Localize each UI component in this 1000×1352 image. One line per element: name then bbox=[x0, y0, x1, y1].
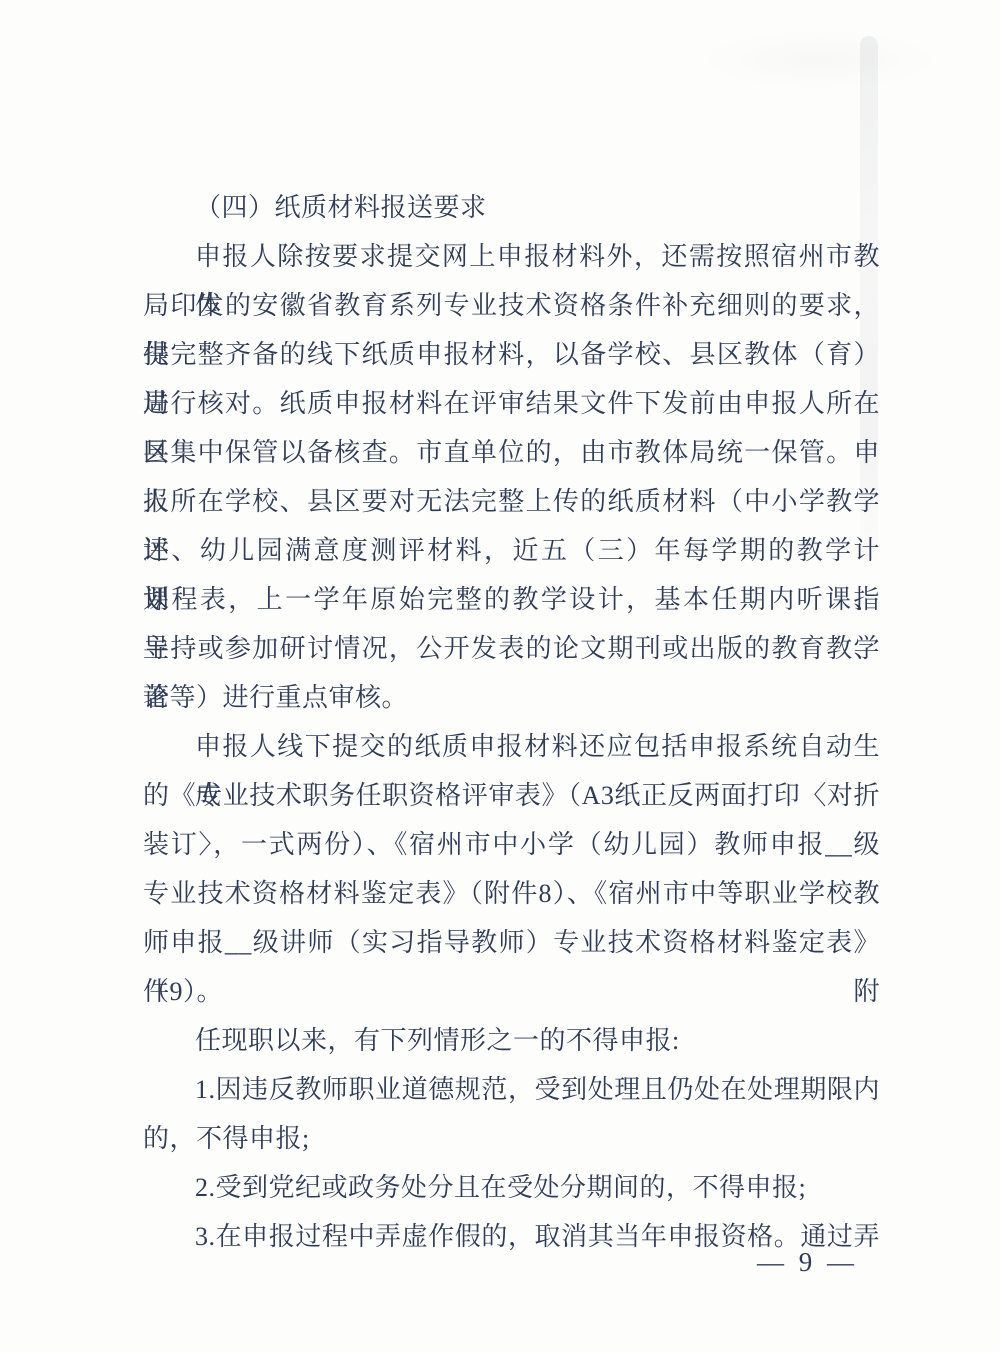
text-line: 的《专业技术职务任职资格评审表》（A3纸正反两面打印〈对折 bbox=[143, 771, 880, 820]
list-item-line: 2.受到党纪或政务处分且在受处分期间的，不得申报; bbox=[143, 1163, 880, 1212]
document-body: （四）纸质材料报送要求 申报人除按要求提交网上申报材料外，还需按照宿州市教体 局… bbox=[143, 183, 880, 1261]
text-line: 局印发的安徽省教育系列专业技术资格条件补充细则的要求，提 bbox=[143, 281, 880, 330]
text-line: 进行核对。纸质申报材料在评审结果文件下发前由申报人所在县 bbox=[143, 379, 880, 428]
text-line: 申报人线下提交的纸质申报材料还应包括申报系统自动生成 bbox=[143, 722, 880, 771]
text-line: 著等）进行重点审核。 bbox=[143, 673, 880, 722]
section-heading: （四）纸质材料报送要求 bbox=[143, 183, 880, 232]
text-line: 任现职以来，有下列情形之一的不得申报: bbox=[143, 1016, 880, 1065]
text-line: 供完整齐备的线下纸质申报材料，以备学校、县区教体（育）局 bbox=[143, 330, 880, 379]
document-page: （四）纸质材料报送要求 申报人除按要求提交网上申报材料外，还需按照宿州市教体 局… bbox=[0, 0, 1000, 1352]
text-line: 师申报__级讲师（实习指导教师）专业技术资格材料鉴定表》（附 bbox=[143, 918, 880, 967]
text-line: 主持或参加研讨情况，公开发表的论文期刊或出版的教育教学论 bbox=[143, 624, 880, 673]
list-item-line: 的，不得申报; bbox=[143, 1114, 880, 1163]
text-line: 装订〉，一式两份）、《宿州市中小学（幼儿园）教师申报__级 bbox=[143, 820, 880, 869]
text-line: 评、幼儿园满意度测评材料，近五（三）年每学期的教学计划、 bbox=[143, 526, 880, 575]
text-line: 课程表，上一学年原始完整的教学设计，基本任期内听课指导、 bbox=[143, 575, 880, 624]
text-line: 人所在学校、县区要对无法完整上传的纸质材料（中小学教学述 bbox=[143, 477, 880, 526]
scan-noise-artifact bbox=[700, 30, 940, 90]
list-item-line: 1.因违反教师职业道德规范，受到处理且仍处在处理期限内 bbox=[143, 1065, 880, 1114]
text-line: 区集中保管以备核查。市直单位的，由市教体局统一保管。申报 bbox=[143, 428, 880, 477]
page-number: — 9 — bbox=[757, 1246, 858, 1278]
text-line: 专业技术资格材料鉴定表》（附件8）、《宿州市中等职业学校教 bbox=[143, 869, 880, 918]
text-line: 申报人除按要求提交网上申报材料外，还需按照宿州市教体 bbox=[143, 232, 880, 281]
